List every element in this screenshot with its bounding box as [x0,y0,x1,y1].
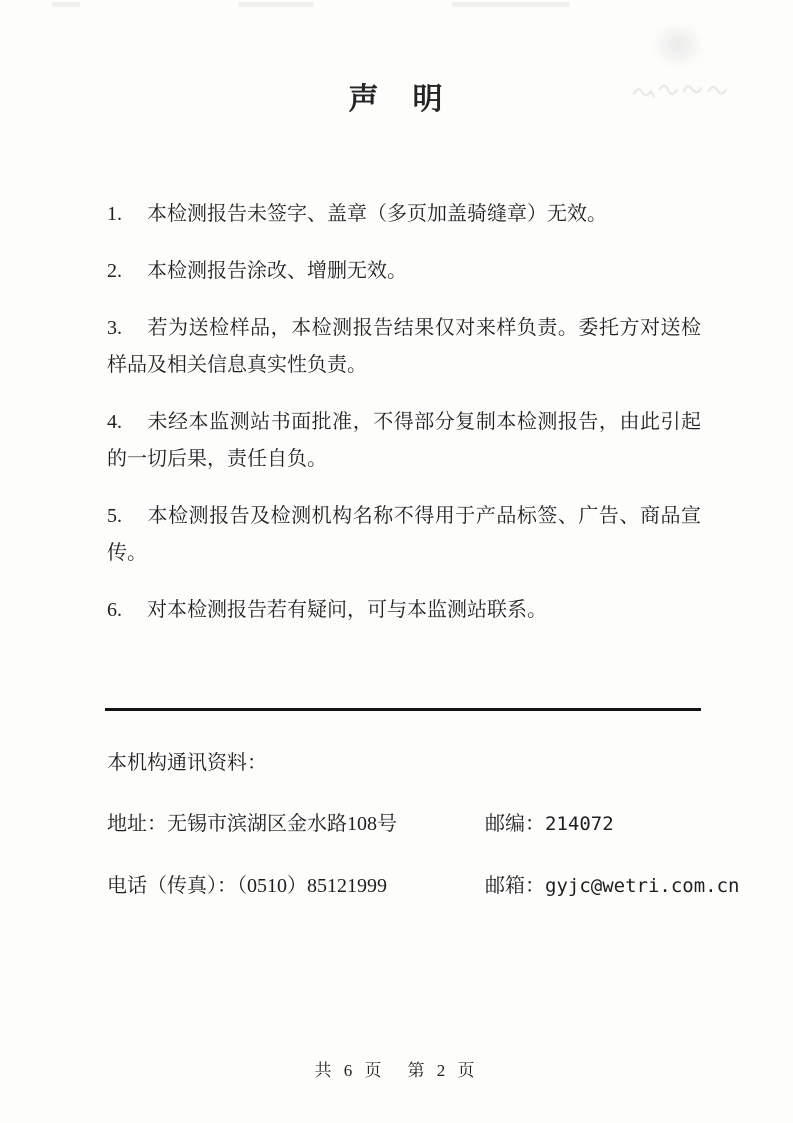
address-label: 地址： [107,813,167,835]
postcode-field: 邮编：214072 [485,806,614,843]
contact-heading: 本机构通讯资料： [107,745,267,782]
item-text: 未经本监测站书面批准，不得部分复制本检测报告，由此引起的一切后果，责任自负。 [107,411,701,470]
declaration-item-2: 2.本检测报告涂改、增删无效。 [107,253,701,290]
item-number: 3. [107,310,147,347]
document-page: 声 明 1.本检测报告未签字、盖章（多页加盖骑缝章）无效。 2.本检测报告涂改、… [0,0,793,1123]
scan-artifact [452,2,570,7]
email-value: gyjc@wetri.com.cn [545,875,739,897]
address-value: 无锡市滨湖区金水路108号 [167,813,397,835]
address-field: 地址：无锡市滨湖区金水路108号 [107,813,397,835]
phone-field: 电话（传真）：（0510）85121999 [107,875,387,897]
stamp-smudge [652,22,704,68]
divider-line [105,708,701,711]
declaration-item-5: 5.本检测报告及检测机构名称不得用于产品标签、广告、商品宣传。 [107,498,701,572]
contact-row-address: 地址：无锡市滨湖区金水路108号 邮编：214072 [107,806,707,843]
item-text: 本检测报告及检测机构名称不得用于产品标签、广告、商品宣传。 [107,505,701,564]
item-text: 本检测报告未签字、盖章（多页加盖骑缝章）无效。 [147,203,607,225]
current-page-label: 第 2 页 [408,1061,479,1080]
declaration-list: 1.本检测报告未签字、盖章（多页加盖骑缝章）无效。 2.本检测报告涂改、增删无效… [107,196,701,649]
postcode-value: 214072 [545,813,614,835]
scan-artifact [52,2,80,7]
page-footer: 共 6 页第 2 页 [0,1056,793,1081]
declaration-item-4: 4.未经本监测站书面批准，不得部分复制本检测报告，由此引起的一切后果，责任自负。 [107,404,701,478]
email-label: 邮箱： [485,875,545,897]
item-number: 6. [107,592,147,629]
page-title: 声 明 [0,74,793,118]
item-number: 2. [107,253,147,290]
declaration-item-1: 1.本检测报告未签字、盖章（多页加盖骑缝章）无效。 [107,196,701,233]
item-number: 5. [107,498,147,535]
total-pages-label: 共 6 页 [315,1061,386,1080]
scan-artifact [238,2,314,7]
item-number: 1. [107,196,147,233]
item-text: 本检测报告涂改、增删无效。 [147,260,407,282]
contact-row-phone: 电话（传真）：（0510）85121999 邮箱：gyjc@wetri.com.… [107,868,707,905]
item-number: 4. [107,404,147,441]
declaration-item-6: 6.对本检测报告若有疑问，可与本监测站联系。 [107,592,701,629]
item-text: 对本检测报告若有疑问，可与本监测站联系。 [147,599,547,621]
item-text: 若为送检样品，本检测报告结果仅对来样负责。委托方对送检样品及相关信息真实性负责。 [107,317,701,376]
phone-label: 电话（传真）： [107,875,237,897]
phone-value: （0510）85121999 [237,875,387,897]
postcode-label: 邮编： [485,813,545,835]
declaration-item-3: 3.若为送检样品，本检测报告结果仅对来样负责。委托方对送检样品及相关信息真实性负… [107,310,701,384]
email-field: 邮箱：gyjc@wetri.com.cn [485,868,739,905]
